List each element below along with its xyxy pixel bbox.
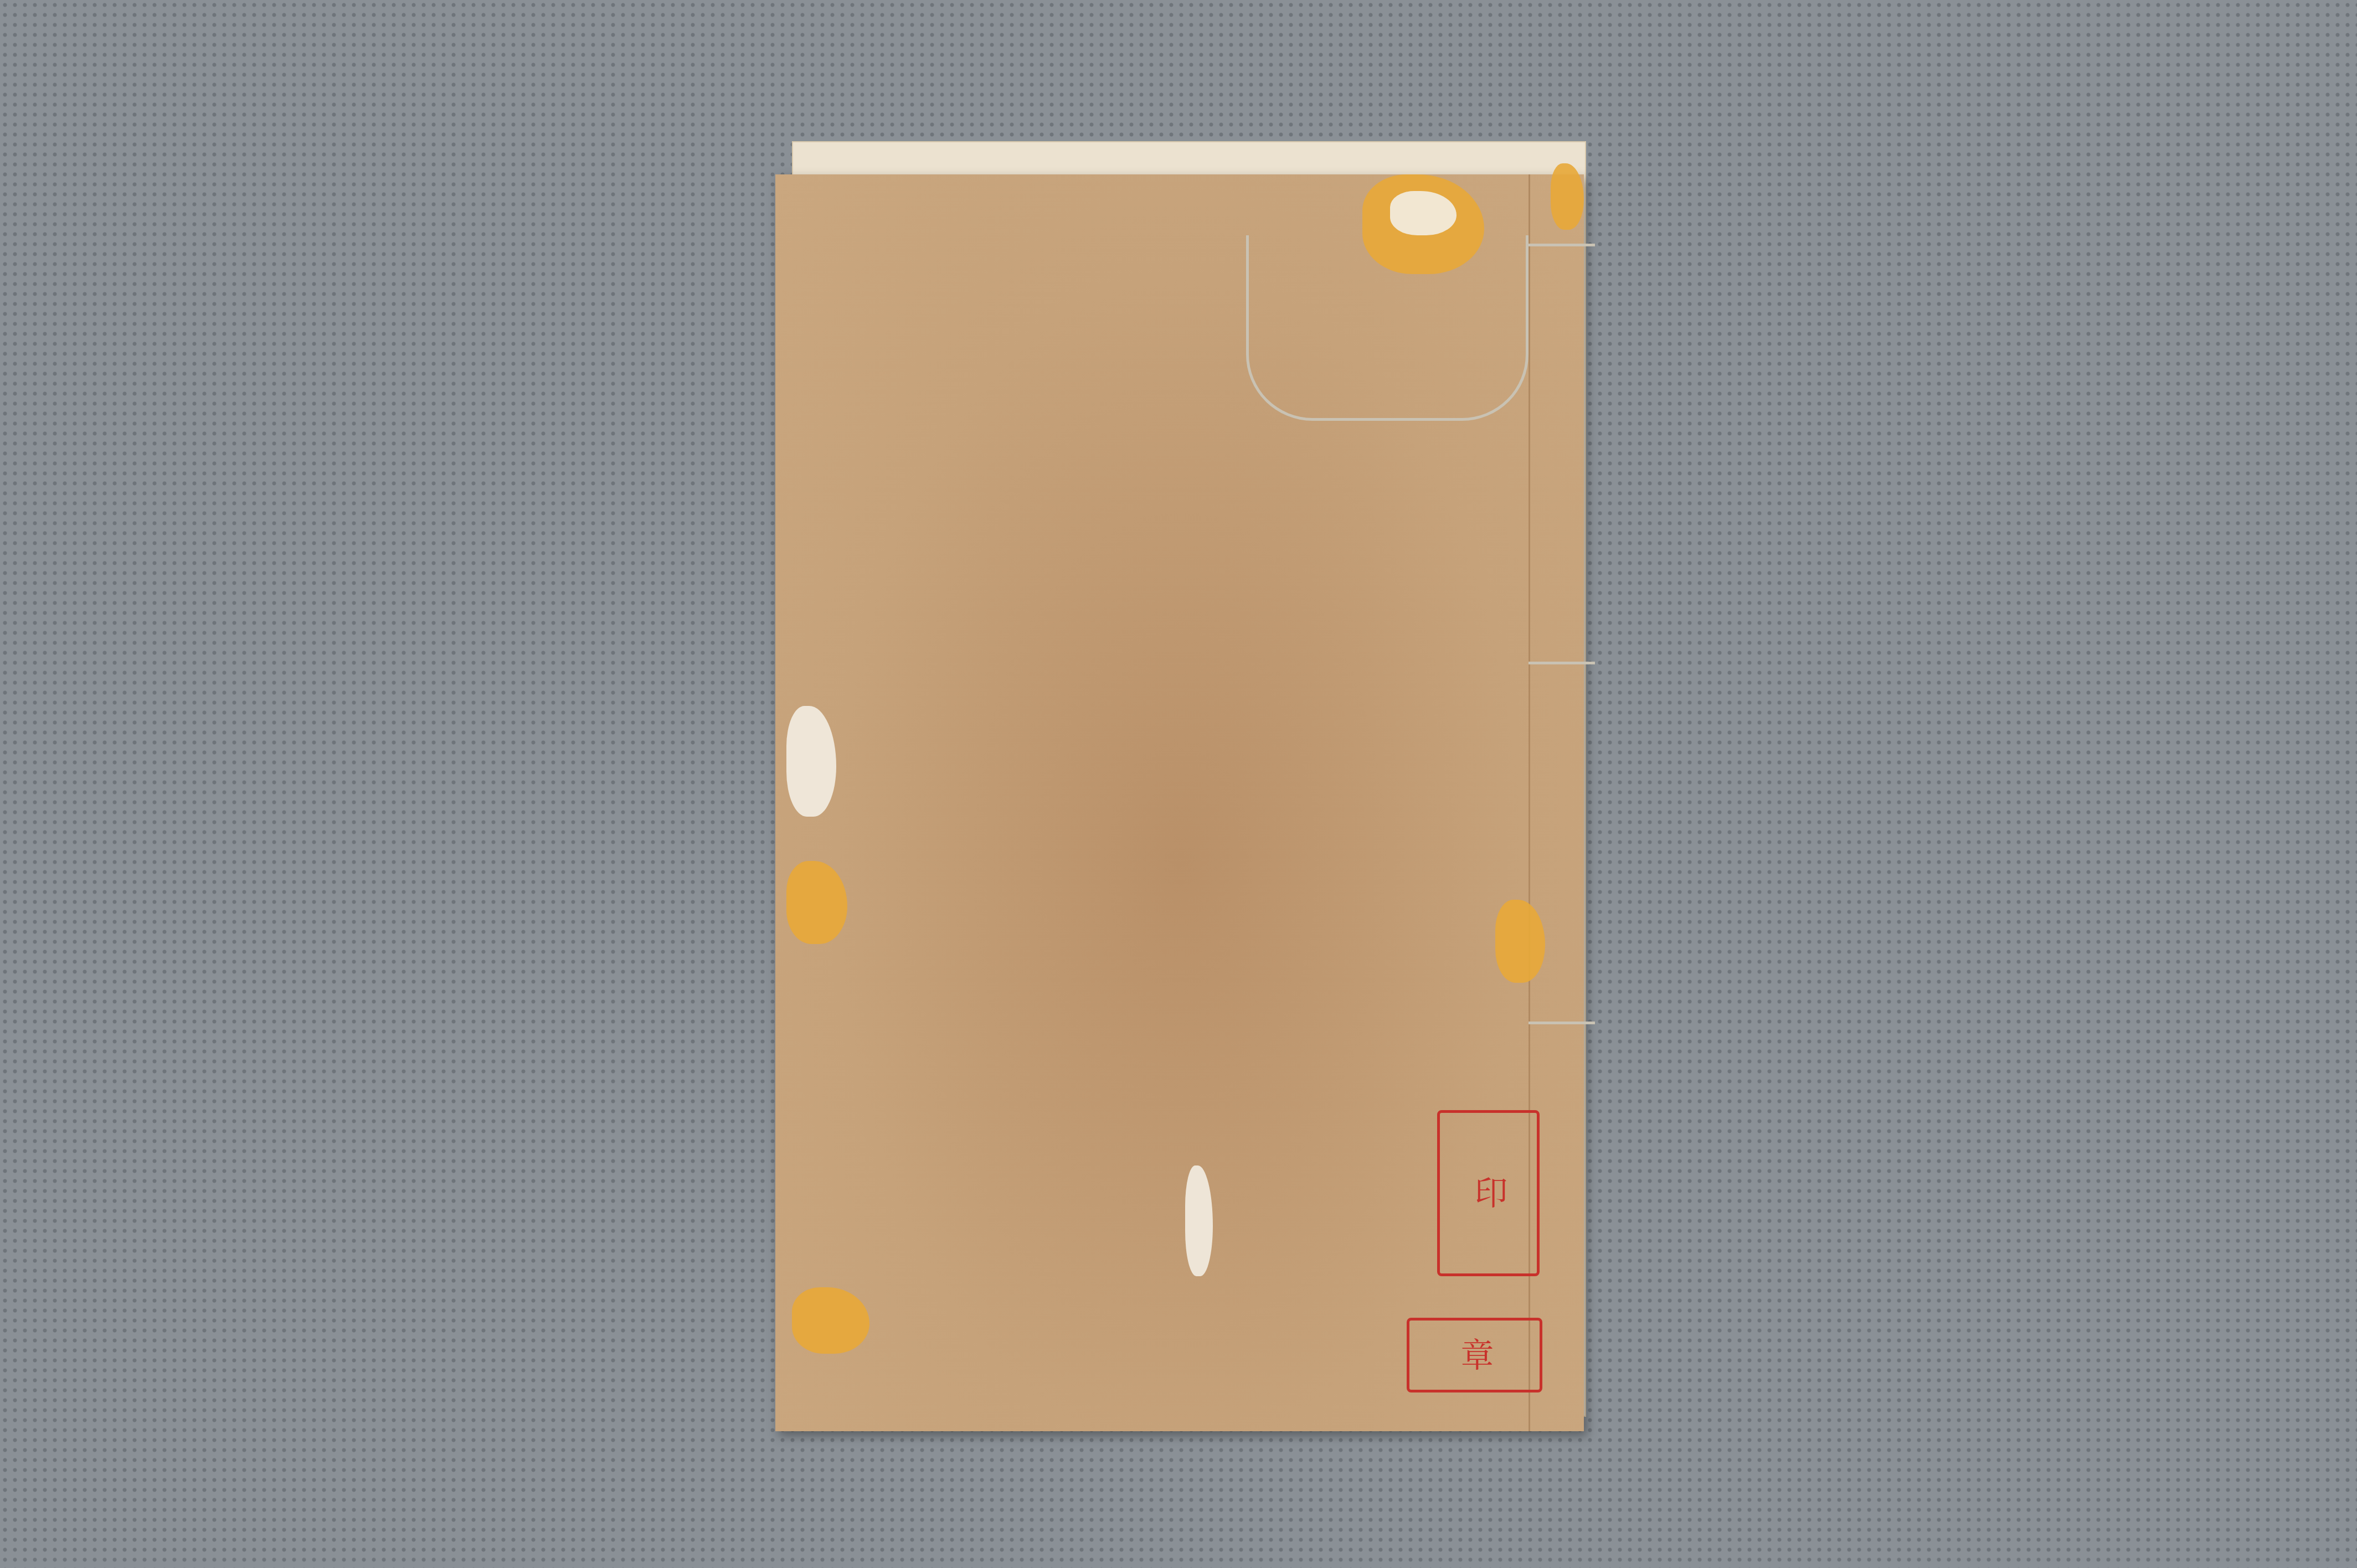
red-seal-vertical: 印 [1437, 1110, 1540, 1276]
thread-bound-book: 印 章 [775, 141, 1601, 1437]
binding-stitch [1529, 244, 1595, 246]
red-seal-horizontal: 章 [1407, 1318, 1542, 1392]
seal-text: 章 [1458, 1338, 1491, 1373]
binding-thread-loop [1246, 235, 1529, 421]
binding-stitch [1529, 1022, 1595, 1024]
seal-text: 印 [1472, 1175, 1505, 1211]
binding-stitch [1529, 662, 1595, 664]
